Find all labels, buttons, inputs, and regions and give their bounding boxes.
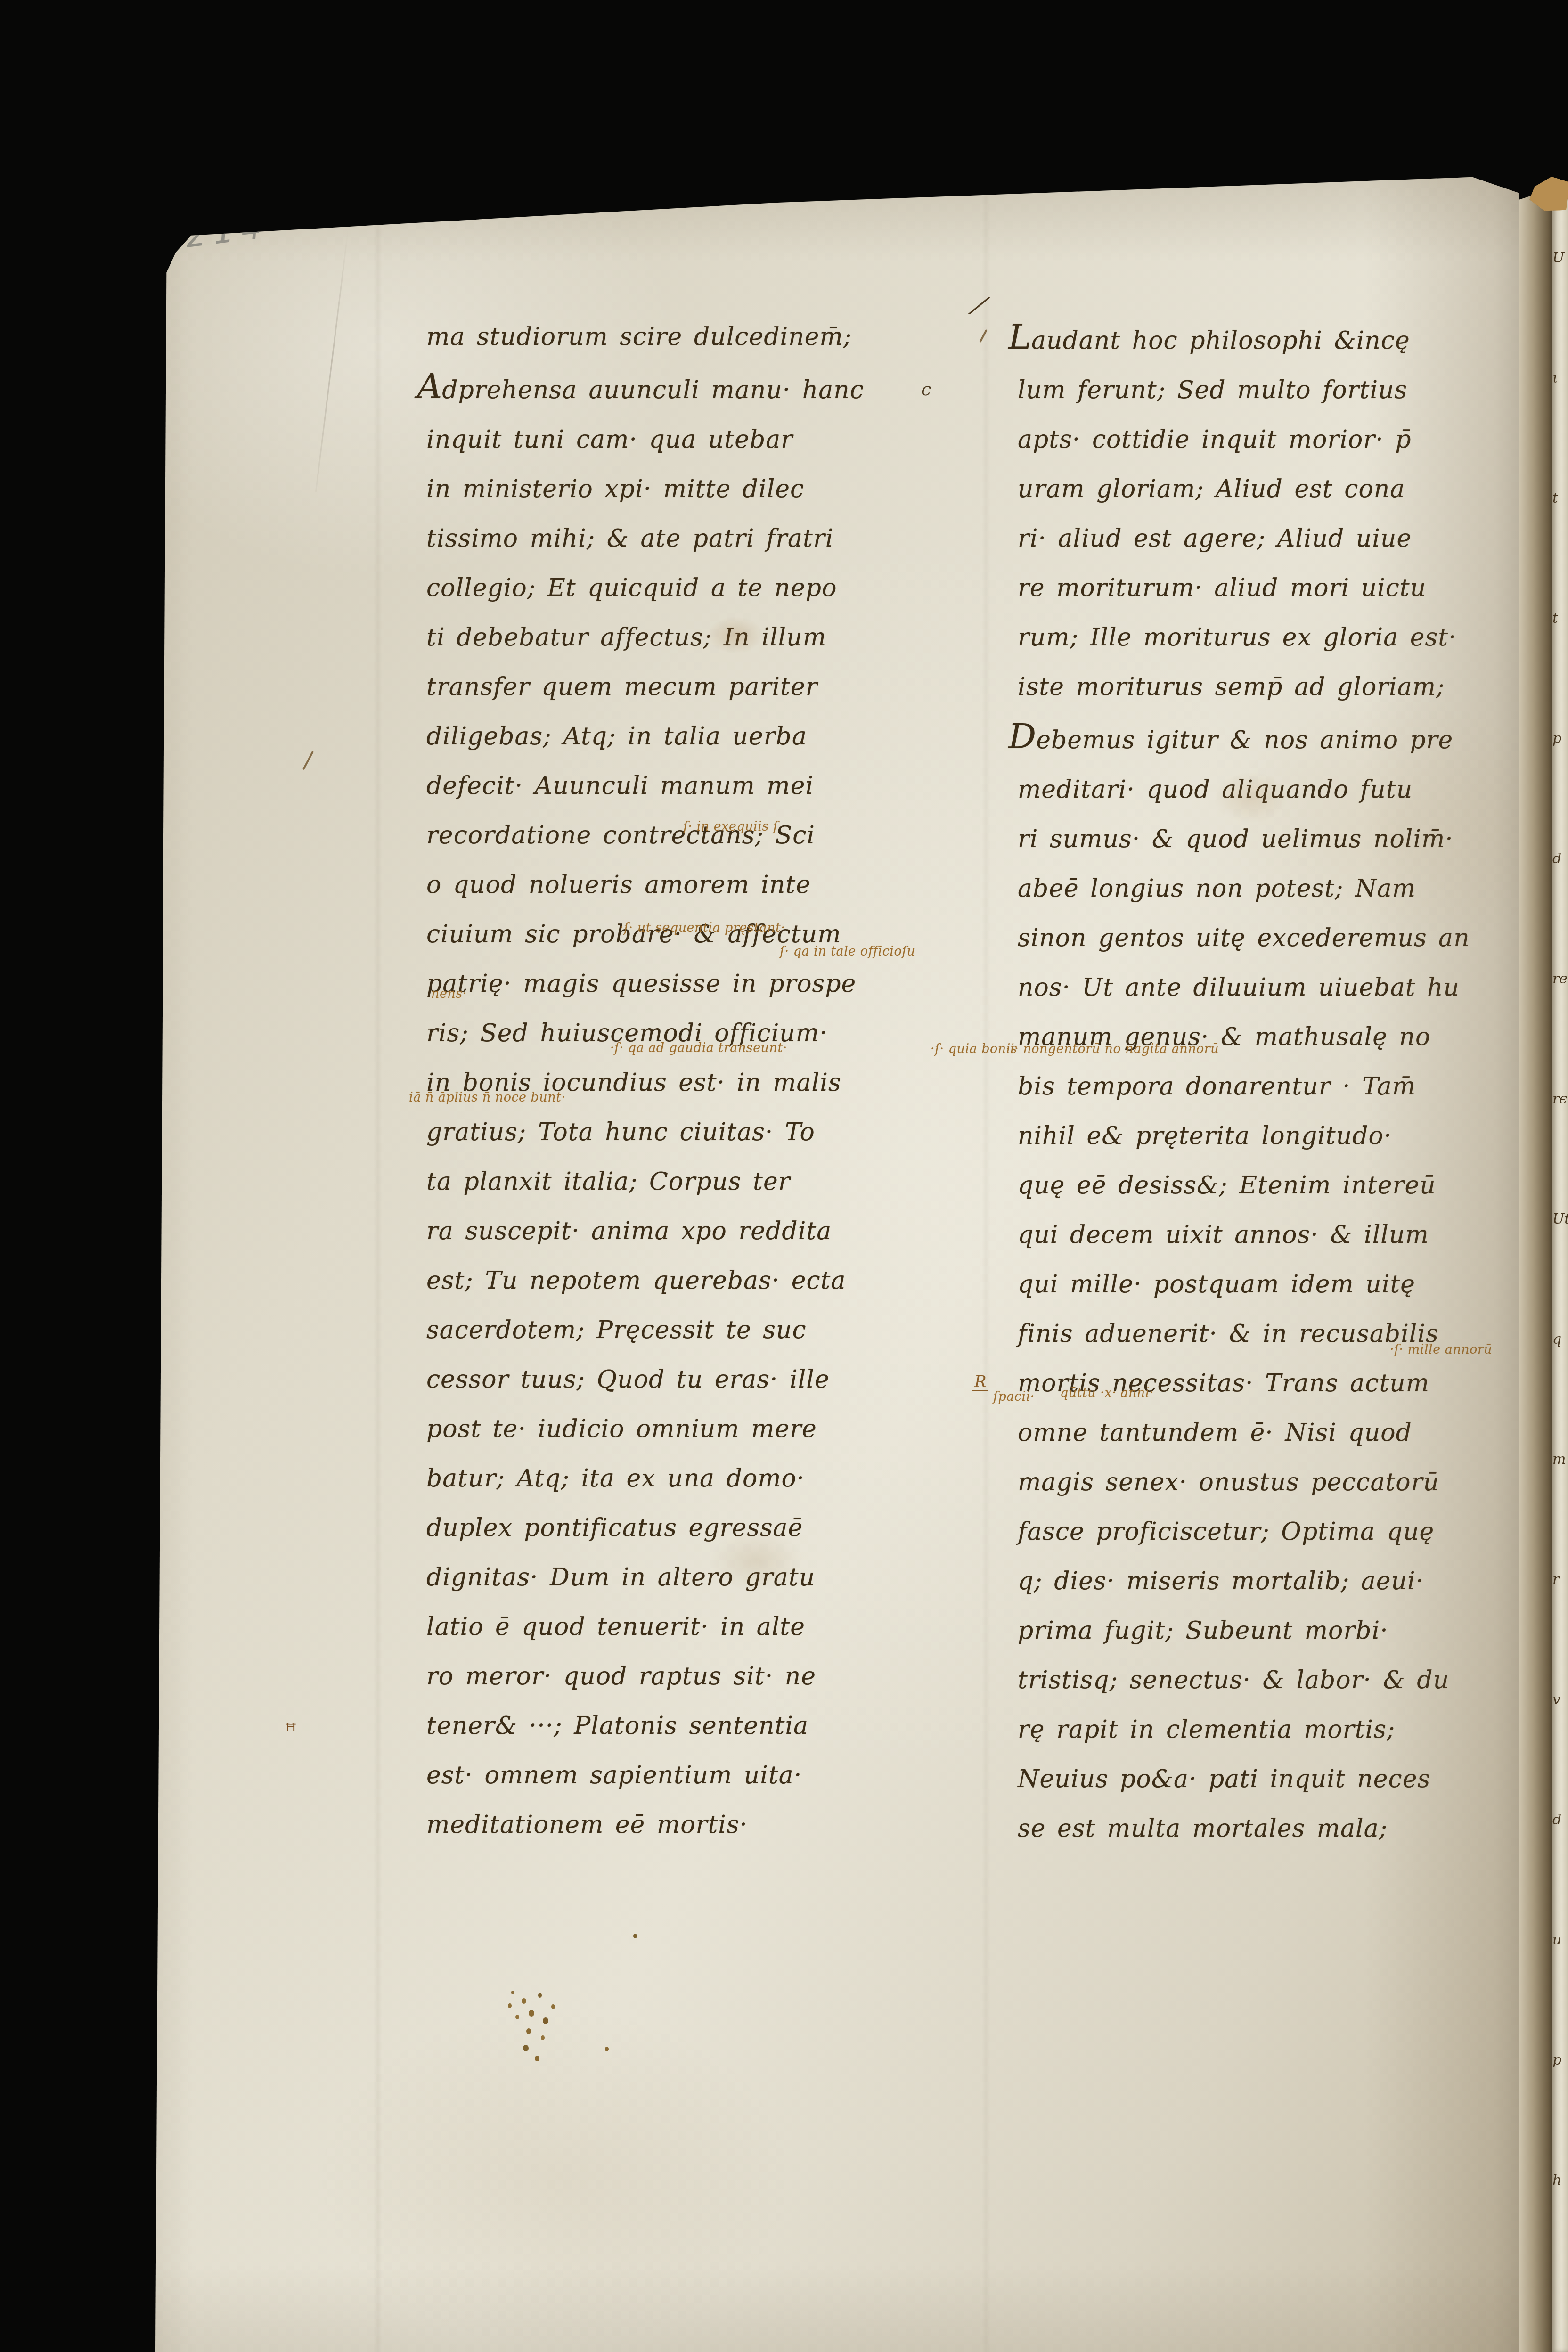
interlinear-gloss: ſpacii· [993, 1390, 1035, 1404]
text-line: qui decem uixit annos· & illum [1018, 1210, 1470, 1260]
next-leaf-text-fragment: r [1552, 1571, 1559, 1588]
marginal-gloss: iā n̄ āplius n̄ noce bunt· [409, 1091, 566, 1105]
text-line: cessor tuus; Quod tu eras· ille [426, 1355, 864, 1405]
text-line: tissimo mihi; & ate patri fratri [426, 514, 864, 563]
text-line: ri· aliud est agere; Aliud uiue [1018, 514, 1470, 563]
interlinear-gloss: ·ſ· ut sequentia pręstant· [620, 921, 785, 935]
text-line: fasce proficiscetur; Optima quę [1018, 1507, 1470, 1557]
text-line: ro meror· quod raptus sit· ne [426, 1652, 864, 1701]
text-line: meditationem eē mortis· [426, 1800, 864, 1850]
text-line: nihil e& pręterita longitudo· [1018, 1111, 1470, 1161]
text-line: latio ē quod tenuerit· in alte [426, 1602, 864, 1652]
text-line: Adprehensa auunculi manu· hanc [426, 362, 864, 415]
text-line: gratius; Tota hunc ciuitas· To [426, 1108, 864, 1157]
manuscript-page: 214· ma studiorum scire dulcedinem̄;Adpr… [120, 173, 1568, 2352]
line-end-flourish: ⁄ [973, 290, 985, 323]
text-column-left: ma studiorum scire dulcedinem̄;Adprehens… [426, 312, 864, 1850]
text-line: tener& ···; Platonis sententia [426, 1701, 864, 1751]
text-column-right: Laudant hoc philosophi &incęlum ferunt; … [1018, 312, 1470, 1854]
text-line: omne tantundem ē· Nisi quod [1018, 1408, 1470, 1458]
text-line: Neuius po&a· pati inquit neces [1018, 1755, 1470, 1804]
interlinear-gloss: qūttu ·x· anni· [1060, 1386, 1154, 1400]
text-line: lum ferunt; Sed multo fortius [1018, 366, 1470, 415]
text-line: rę rapit in clementia mortis; [1018, 1705, 1470, 1755]
text-line: nos· Ut ante diluuium uiuebat hu [1018, 963, 1470, 1013]
text-line: iste moriturus semp̄ ad gloriam; [1018, 662, 1470, 712]
text-line: post te· iudicio omnium mere [426, 1405, 864, 1454]
ink-speck-cluster [511, 1991, 514, 1994]
text-line: Debemus igitur & nos animo pre [1018, 712, 1470, 765]
interlinear-gloss: ·i· nongentorū no nagita annorū [1006, 1042, 1219, 1056]
marginal-gloss: nens· [431, 987, 467, 1001]
text-line: in ministerio xpi· mitte dilec [426, 465, 864, 514]
text-line: ma studiorum scire dulcedinem̄; [426, 312, 864, 362]
margin-h-mark: ꟸ [285, 1720, 296, 1744]
text-line: rum; Ille moriturus ex gloria est· [1018, 613, 1470, 662]
text-line: meditari· quod aliquando futu [1018, 765, 1470, 815]
interlinear-gloss: ſ· qa in tale officioſu [780, 945, 915, 959]
text-line: ra suscepit· anima xpo reddita [426, 1207, 864, 1256]
text-line: recordatione contrectans; Sci [426, 811, 864, 860]
next-leaf-text-fragment: re [1552, 971, 1568, 987]
next-leaf-text-fragment: d [1552, 850, 1561, 867]
text-line: quę eē desiss&; Etenim intereū [1018, 1161, 1470, 1210]
text-line: batur; Atq; ita ex una domo· [426, 1454, 864, 1503]
text-line: sacerdotem; Pręcessit te suc [426, 1306, 864, 1355]
text-line: prima fugit; Subeunt morbi· [1018, 1606, 1470, 1656]
next-leaf-edge: UιttpdrerϵUtqmrvduph [1552, 188, 1568, 2352]
text-line: magis senex· onustus peccatorū [1018, 1458, 1470, 1507]
text-line: est; Tu nepotem querebas· ecta [426, 1256, 864, 1306]
text-line: Laudant hoc philosophi &incę [1018, 312, 1470, 366]
next-leaf-text-fragment: v [1552, 1691, 1560, 1708]
next-leaf-text-fragment: ι [1552, 370, 1558, 386]
text-line: bis tempora donarentur · Tam̄ [1018, 1062, 1470, 1111]
next-leaf-text-fragment: rϵ [1552, 1091, 1567, 1107]
text-line: duplex pontificatus egressaē [426, 1503, 864, 1553]
next-leaf-text-fragment: p [1552, 2052, 1561, 2068]
margin-tick [302, 751, 314, 770]
parchment-crease [315, 230, 349, 492]
next-leaf-text-fragment: q [1552, 1331, 1561, 1347]
text-line: q; dies· miseris mortalib; aeui· [1018, 1557, 1470, 1606]
next-leaf-text-fragment: U [1552, 250, 1564, 266]
text-line: patrię· magis quesisse in prospe [426, 959, 864, 1009]
gutter-c-mark: c [921, 379, 931, 400]
interlinear-gloss: ſ· in exequiis ſ [683, 820, 778, 834]
folio-number: 214· [184, 209, 288, 253]
next-leaf-text-fragment: t [1552, 610, 1558, 627]
next-leaf-text-fragment: u [1552, 1932, 1561, 1948]
manuscript-photo: 214· ma studiorum scire dulcedinem̄;Adpr… [0, 0, 1568, 2352]
text-line: abeē longius non potest; Nam [1018, 864, 1470, 914]
text-line: se est multa mortales mala; [1018, 1804, 1470, 1854]
text-line: tristisq; senectus· & labor· & du [1018, 1656, 1470, 1705]
text-line: dignitas· Dum in altero gratu [426, 1553, 864, 1602]
text-line: est· omnem sapientium uita· [426, 1751, 864, 1800]
text-line: mortis necessitas· Trans actum [1018, 1359, 1470, 1408]
text-line: diligebas; Atq; in talia uerba [426, 712, 864, 761]
interlinear-gloss: ·ſ· quia bonis [931, 1042, 1017, 1056]
text-line: defecit· Auunculi manum mei [426, 761, 864, 811]
text-line: re moriturum· aliud mori uictu [1018, 563, 1470, 613]
interlinear-gloss: ·ſ· qa ad gaudia transeunt· [610, 1041, 787, 1055]
next-leaf-text-fragment: m [1552, 1451, 1566, 1468]
text-line: inquit tuni cam· qua utebar [426, 415, 864, 465]
text-line: sinon gentos uitę excederemus an [1018, 914, 1470, 963]
text-line: transfer quem mecum pariter [426, 662, 864, 712]
text-line: o quod nolueris amorem inte [426, 860, 864, 910]
next-leaf-text-fragment: Ut [1552, 1211, 1568, 1227]
text-line: ri sumus· & quod uelimus nolim̄· [1018, 815, 1470, 864]
text-line: collegio; Et quicquid a te nepo [426, 563, 864, 613]
next-leaf-text-fragment: h [1552, 2172, 1561, 2189]
next-leaf-text-fragment: p [1552, 730, 1561, 747]
text-line: qui mille· postquam idem uitę [1018, 1260, 1470, 1309]
gutter-r-mark: R [972, 1375, 988, 1391]
next-leaf-text-fragment: d [1552, 1812, 1561, 1828]
next-leaf-text-fragment: t [1552, 490, 1558, 506]
text-line: apts· cottidie inquit morior· p̄ [1018, 415, 1470, 465]
text-line: ta planxit italia; Corpus ter [426, 1157, 864, 1207]
interlinear-gloss: ·ſ· mille annorū [1390, 1343, 1492, 1357]
text-line: uram gloriam; Aliud est cona [1018, 465, 1470, 514]
margin-tick [979, 329, 988, 343]
text-line: ti debebatur affectus; In illum [426, 613, 864, 662]
